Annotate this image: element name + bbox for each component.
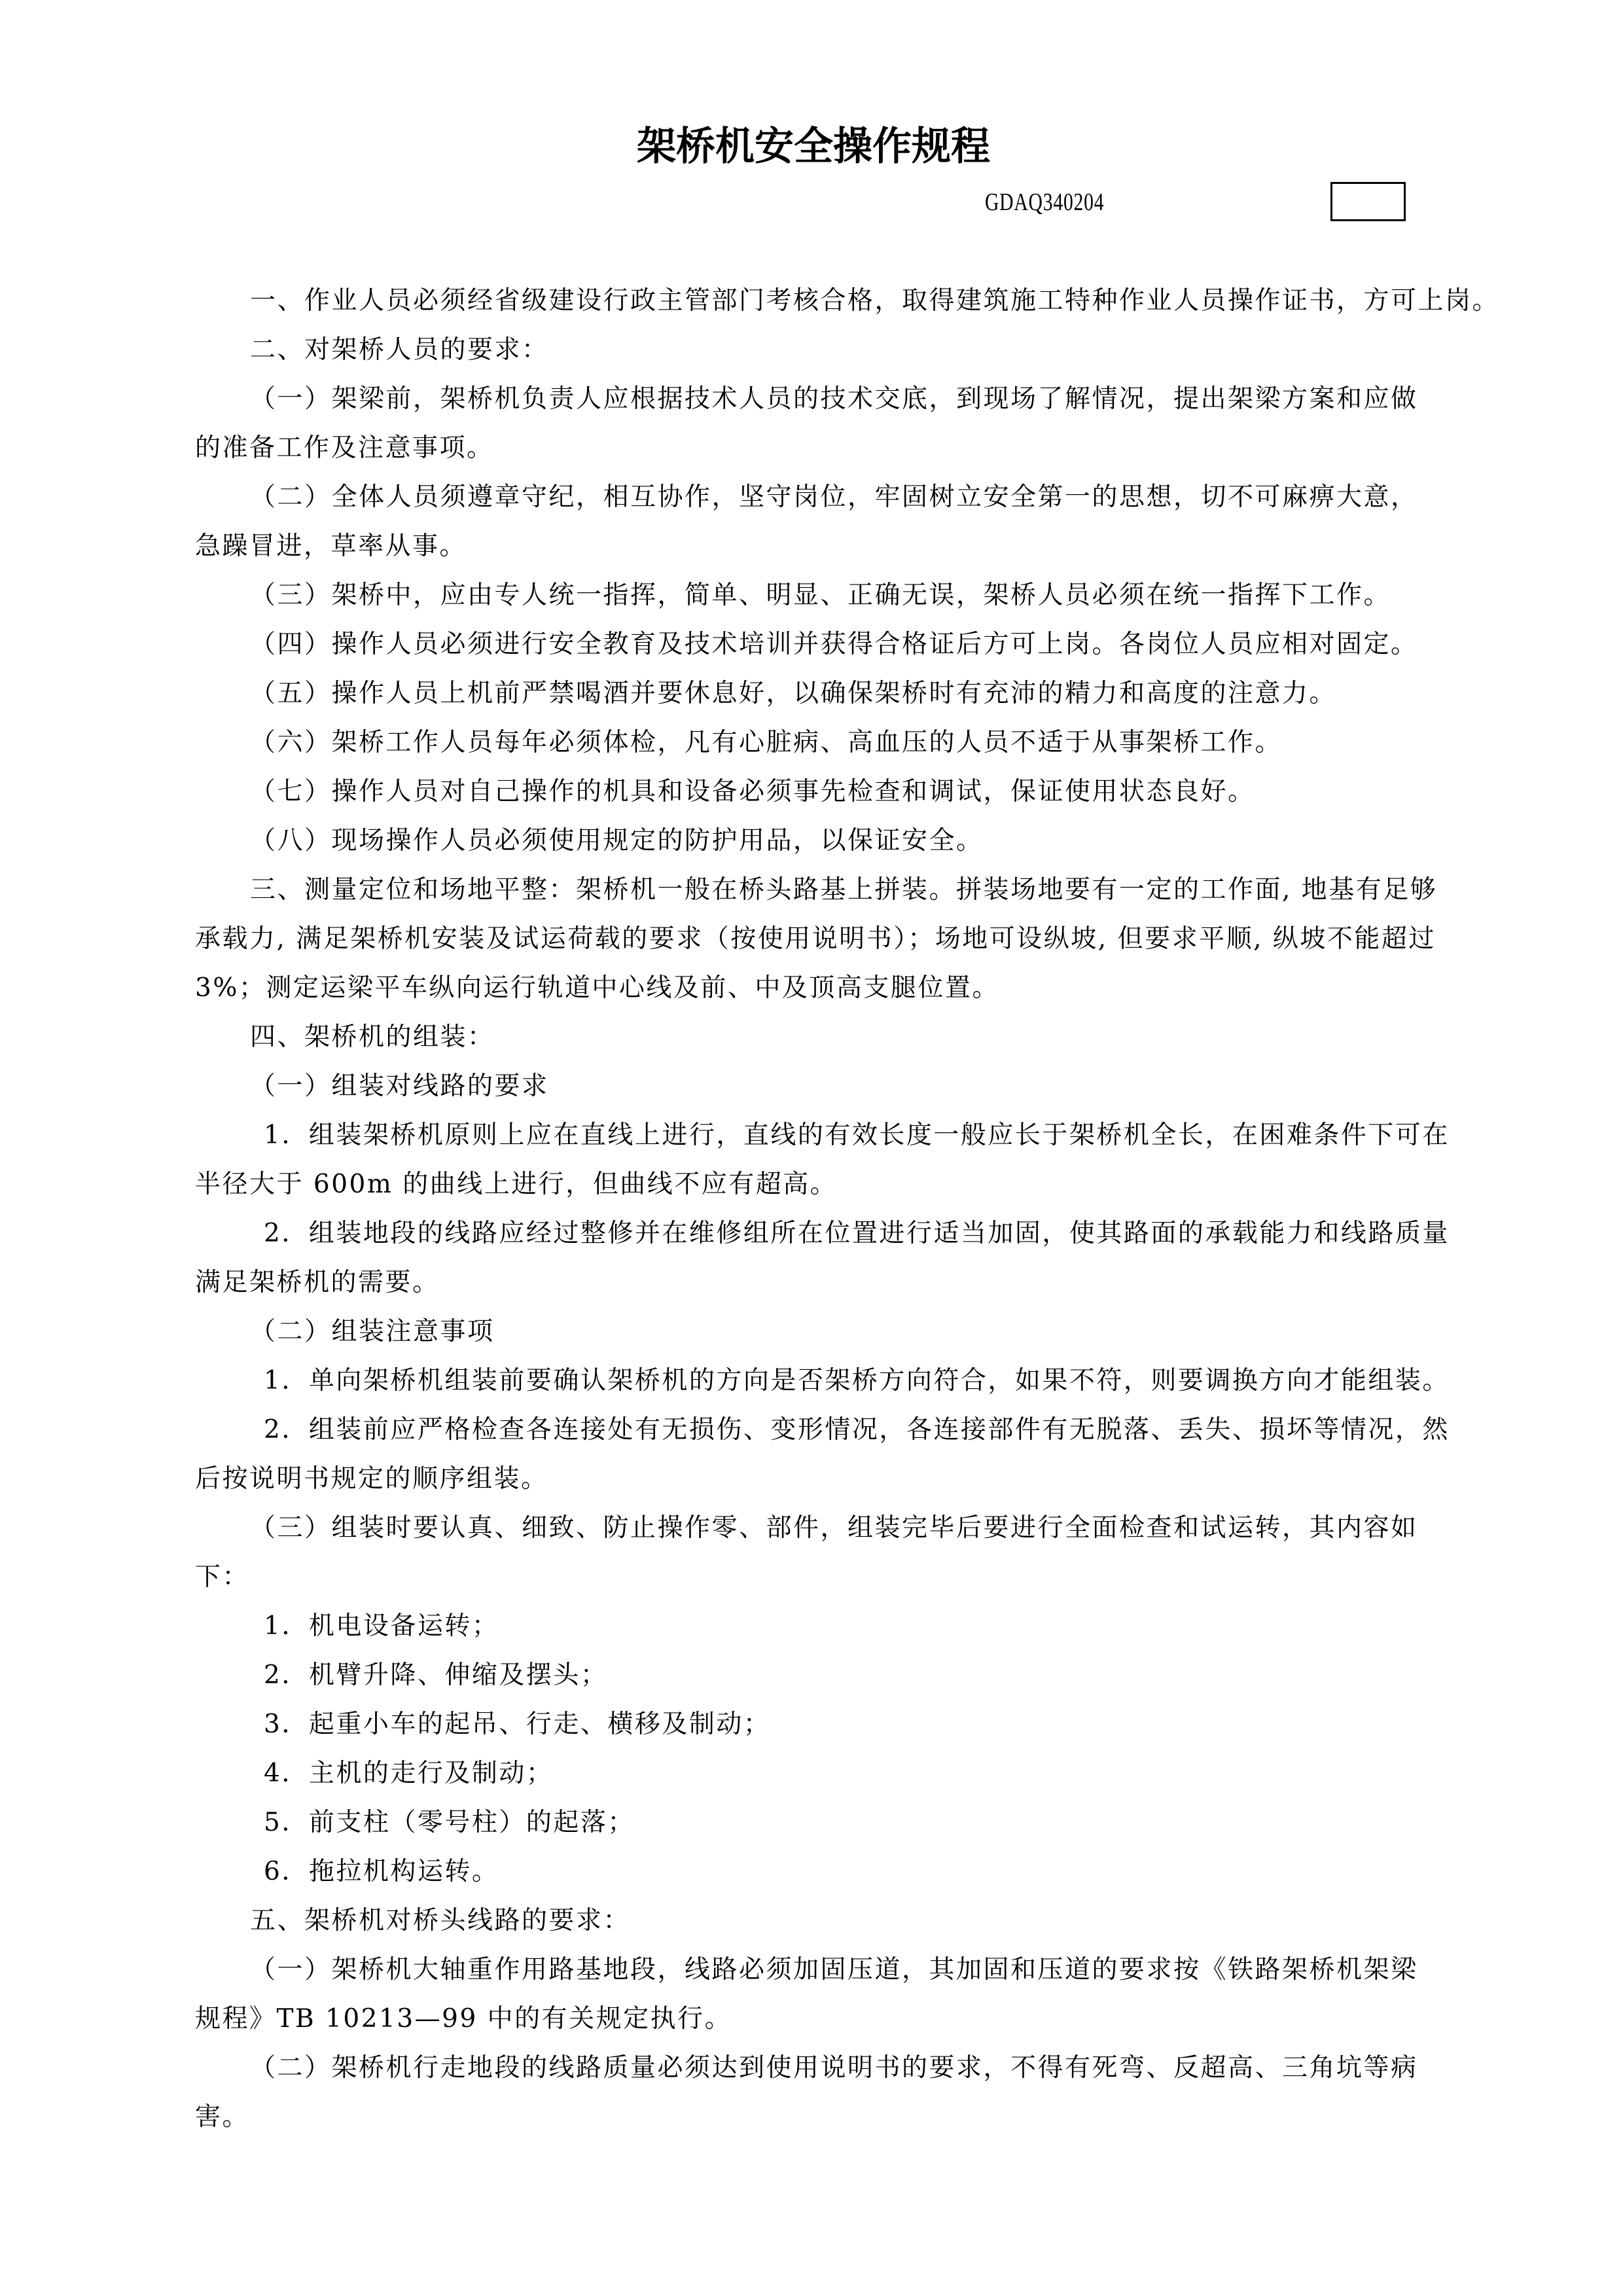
paragraph-line: 下： <box>195 1552 1497 1602</box>
paragraph-line: 1．单向架桥机组装前要确认架桥机的方向是否架桥方向符合，如果不符，则要调换方向才… <box>195 1356 1497 1405</box>
paragraph-line: 6．拖拉机构运转。 <box>195 1847 1497 1896</box>
paragraph-line: （四）操作人员必须进行安全教育及技术培训并获得合格证后方可上岗。各岗位人员应相对… <box>195 620 1497 669</box>
paragraph-line: 三、测量定位和场地平整：架桥机一般在桥头路基上拼装。拼装场地要有一定的工作面, … <box>195 865 1497 914</box>
paragraph-line: 2．组装地段的线路应经过整修并在维修组所在位置进行适当加固，使其路面的承载能力和… <box>195 1209 1497 1258</box>
paragraph-line: 一、作业人员必须经省级建设行政主管部门考核合格，取得建筑施工特种作业人员操作证书… <box>195 276 1497 325</box>
paragraph-line: （八）现场操作人员必须使用规定的防护用品，以保证安全。 <box>195 816 1497 865</box>
paragraph-line: （三）架桥中，应由专人统一指挥，简单、明显、正确无误，架桥人员必须在统一指挥下工… <box>195 571 1497 620</box>
document-body: 一、作业人员必须经省级建设行政主管部门考核合格，取得建筑施工特种作业人员操作证书… <box>195 276 1497 2142</box>
paragraph-line: 3%；测定运梁平车纵向运行轨道中心线及前、中及顶高支腿位置。 <box>195 963 1497 1013</box>
paragraph-line: 满足架桥机的需要。 <box>195 1258 1497 1307</box>
paragraph-line: 承载力, 满足架桥机安装及试运荷载的要求（按使用说明书）；场地可设纵坡, 但要求… <box>195 914 1497 963</box>
paragraph-line: 二、对架桥人员的要求： <box>195 325 1497 374</box>
paragraph-line: 4．主机的走行及制动； <box>195 1749 1497 1798</box>
paragraph-line: 的准备工作及注意事项。 <box>195 423 1497 473</box>
document-title: 架桥机安全操作规程 <box>0 120 1623 173</box>
paragraph-line: 3．起重小车的起吊、行走、横移及制动； <box>195 1700 1497 1749</box>
paragraph-line: 2．机臂升降、伸缩及摆头； <box>195 1651 1497 1700</box>
paragraph-line: 四、架桥机的组装： <box>195 1013 1497 1062</box>
paragraph-line: （三）组装时要认真、细致、防止操作零、部件，组装完毕后要进行全面检查和试运转，其… <box>195 1503 1497 1552</box>
paragraph-line: 五、架桥机对桥头线路的要求： <box>195 1896 1497 1945</box>
paragraph-line: （一）架梁前，架桥机负责人应根据技术人员的技术交底，到现场了解情况，提出架梁方案… <box>195 374 1497 423</box>
paragraph-line: （二）架桥机行走地段的线路质量必须达到使用说明书的要求，不得有死弯、反超高、三角… <box>195 2043 1497 2092</box>
paragraph-line: （六）架桥工作人员每年必须体检，凡有心脏病、高血压的人员不适于从事架桥工作。 <box>195 718 1497 767</box>
paragraph-line: 规程》TB 10213—99 中的有关规定执行。 <box>195 1994 1497 2043</box>
paragraph-line: 害。 <box>195 2092 1497 2142</box>
paragraph-line: （七）操作人员对自己操作的机具和设备必须事先检查和调试，保证使用状态良好。 <box>195 767 1497 816</box>
paragraph-line: 后按说明书规定的顺序组装。 <box>195 1454 1497 1503</box>
paragraph-line: 半径大于 600m 的曲线上进行，但曲线不应有超高。 <box>195 1160 1497 1209</box>
paragraph-line: （二）全体人员须遵章守纪，相互协作，坚守岗位，牢固树立安全第一的思想，切不可麻痹… <box>195 473 1497 522</box>
paragraph-line: （一）架桥机大轴重作用路基地段，线路必须加固压道，其加固和压道的要求按《铁路架桥… <box>195 1945 1497 1994</box>
paragraph-line: （五）操作人员上机前严禁喝酒并要休息好，以确保架桥时有充沛的精力和高度的注意力。 <box>195 669 1497 718</box>
paragraph-line: 1．组装架桥机原则上应在直线上进行，直线的有效长度一般应长于架桥机全长，在困难条… <box>195 1111 1497 1160</box>
paragraph-line: （一）组装对线路的要求 <box>195 1062 1497 1111</box>
paragraph-line: 1．机电设备运转； <box>195 1602 1497 1651</box>
document-page: 架桥机安全操作规程 GDAQ340204 一、作业人员必须经省级建设行政主管部门… <box>0 0 1623 2296</box>
paragraph-line: 5．前支柱（零号柱）的起落； <box>195 1798 1497 1847</box>
blank-stamp-box <box>1330 182 1406 221</box>
paragraph-line: 急躁冒进，草率从事。 <box>195 522 1497 571</box>
paragraph-line: （二）组装注意事项 <box>195 1307 1497 1356</box>
document-code: GDAQ340204 <box>985 187 1104 217</box>
paragraph-line: 2．组装前应严格检查各连接处有无损伤、变形情况，各连接部件有无脱落、丢失、损坏等… <box>195 1405 1497 1454</box>
